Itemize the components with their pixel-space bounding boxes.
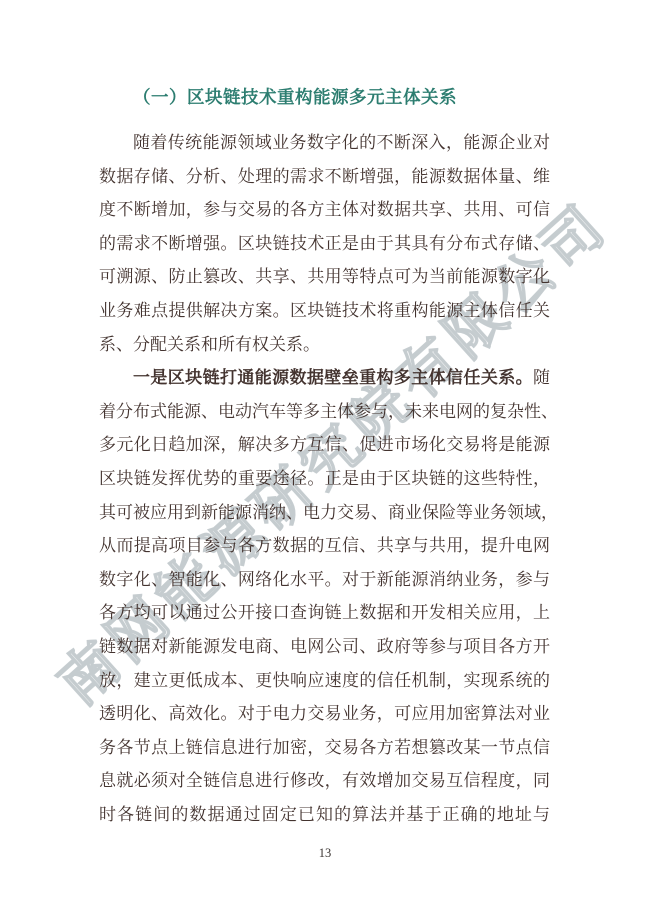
text-line: 一是区块链打通能源数据壁垒重构多主体信任关系。随 bbox=[99, 361, 550, 395]
text-line-continuation: 随 bbox=[533, 368, 550, 387]
page-number: 13 bbox=[0, 846, 650, 861]
text-line: 务各节点上链信息进行加密，交易各方若想篡改某一节点信 bbox=[99, 731, 550, 765]
text-line: 可溯源、防止篡改、共享、共用等特点可为当前能源数字化 bbox=[99, 260, 550, 294]
text-line: 系、分配关系和所有权关系。 bbox=[99, 328, 550, 362]
text-line: 业务难点提供解决方案。区块链技术将重构能源主体信任关 bbox=[99, 294, 550, 328]
text-line: 放，建立更低成本、更快响应速度的信任机制，实现系统的 bbox=[99, 664, 550, 698]
section-heading: （一）区块链技术重构能源多元主体关系 bbox=[133, 82, 603, 112]
text-line: 息就必须对全链信息进行修改，有效增加交易互信程度，同 bbox=[99, 764, 550, 798]
text-line: 链数据对新能源发电商、电网公司、政府等参与项目各方开 bbox=[99, 630, 550, 664]
text-line: 其可被应用到新能源消纳、电力交易、商业保险等业务领域， bbox=[99, 496, 550, 530]
document-page: 南网能源研究院有限公司 （一）区块链技术重构能源多元主体关系 随着传统能源领域业… bbox=[0, 0, 650, 919]
text-line: 度不断增加，参与交易的各方主体对数据共享、共用、可信 bbox=[99, 193, 550, 227]
text-line: 数字化、智能化、网络化水平。对于新能源消纳业务，参与 bbox=[99, 563, 550, 597]
body-text: 随着传统能源领域业务数字化的不断深入，能源企业对 数据存储、分析、处理的需求不断… bbox=[99, 126, 550, 831]
text-line: 透明化、高效化。对于电力交易业务，可应用加密算法对业 bbox=[99, 697, 550, 731]
text-line: 区块链发挥优势的重要途径。正是由于区块链的这些特性， bbox=[99, 462, 550, 496]
text-line: 多元化日趋加深，解决多方互信、促进市场化交易将是能源 bbox=[99, 428, 550, 462]
text-line: 的需求不断增强。区块链技术正是由于其具有分布式存储、 bbox=[99, 227, 550, 261]
text-line: 各方均可以通过公开接口查询链上数据和开发相关应用，上 bbox=[99, 596, 550, 630]
text-line: 从而提高项目参与各方数据的互信、共享与共用，提升电网 bbox=[99, 529, 550, 563]
text-line: 时各链间的数据通过固定已知的算法并基于正确的地址与 bbox=[99, 798, 550, 832]
text-line: 随着传统能源领域业务数字化的不断深入，能源企业对 bbox=[99, 126, 550, 160]
bold-topic-sentence: 一是区块链打通能源数据壁垒重构多主体信任关系。 bbox=[133, 368, 533, 387]
text-line: 数据存储、分析、处理的需求不断增强，能源数据体量、维 bbox=[99, 160, 550, 194]
text-line: 着分布式能源、电动汽车等多主体参与，未来电网的复杂性、 bbox=[99, 395, 550, 429]
